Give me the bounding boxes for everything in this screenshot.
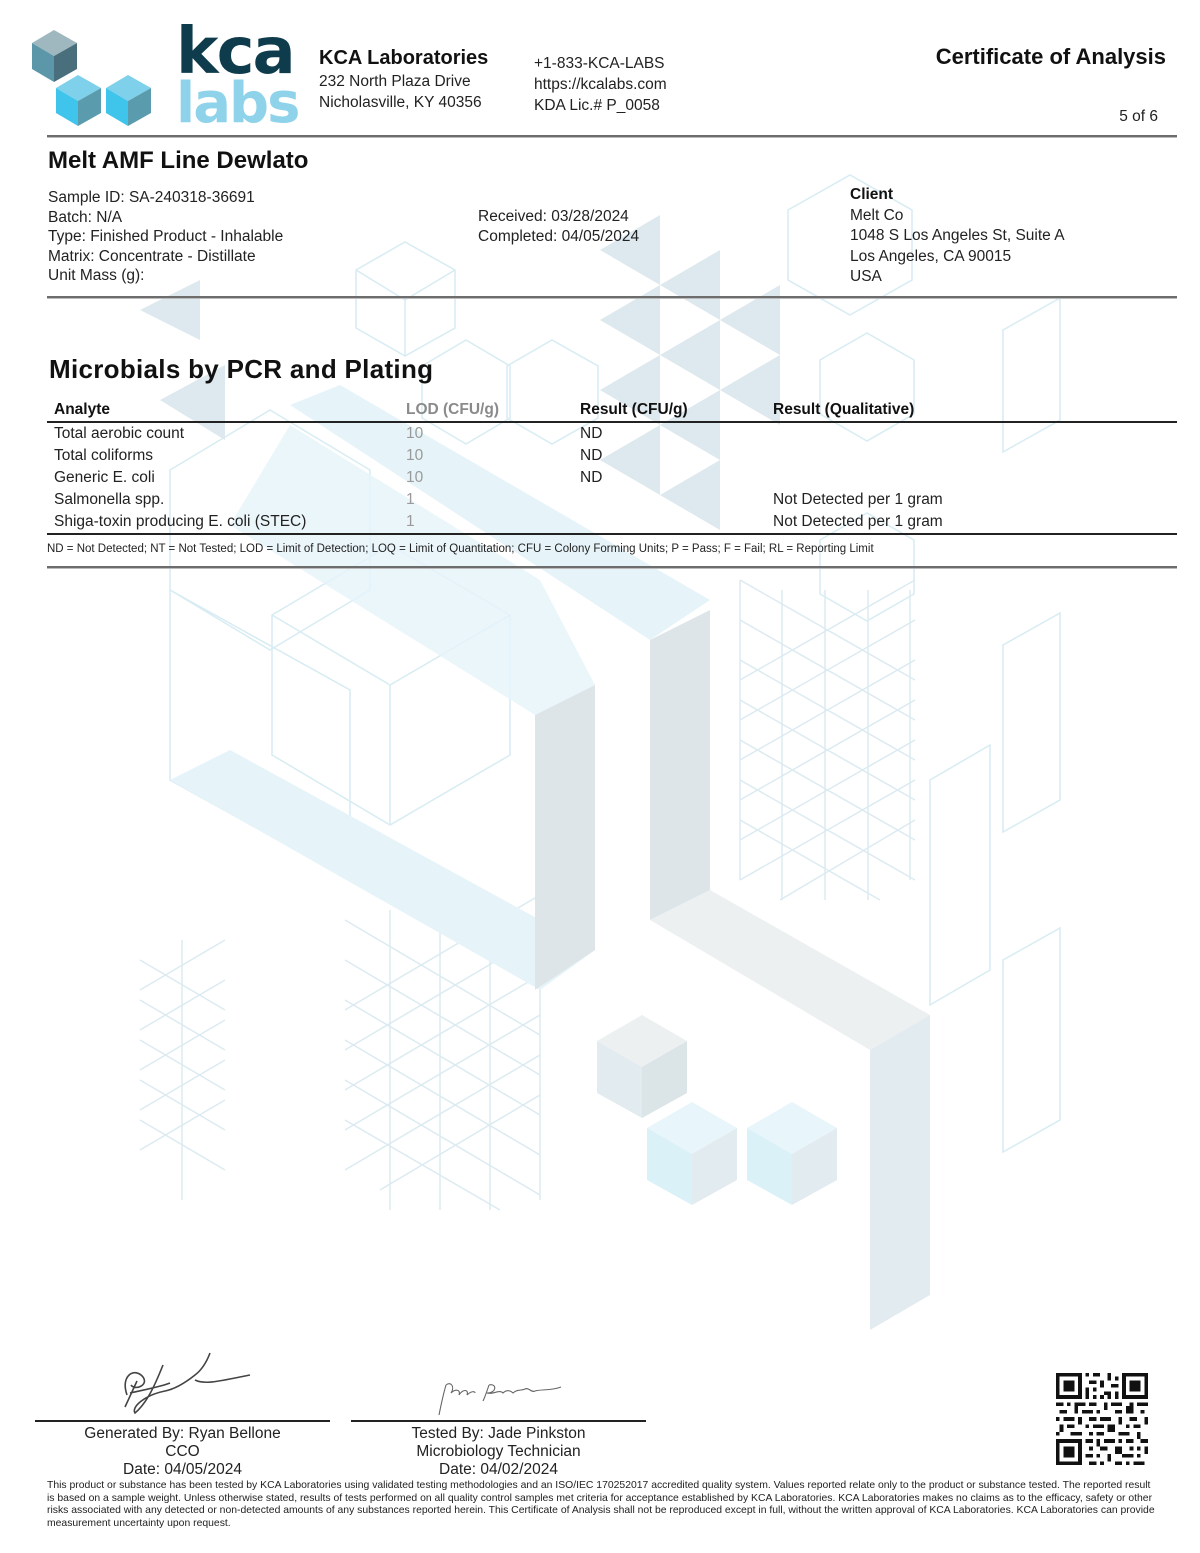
header-divider (47, 135, 1177, 137)
result-cell: ND (580, 445, 773, 467)
sample-id: Sample ID: SA-240318-36691 (48, 188, 283, 208)
qr-code-icon[interactable] (1056, 1373, 1148, 1465)
client-address-line1: 1048 S Los Angeles St, Suite A (850, 226, 1065, 247)
table-row: Salmonella spp. 1 Not Detected per 1 gra… (47, 489, 1177, 511)
product-title: Melt AMF Line Dewlato (48, 147, 308, 175)
unit-mass: Unit Mass (g): (48, 266, 283, 286)
handwritten-signature-icon (35, 1345, 330, 1420)
analyte-cell: Total coliforms (47, 445, 406, 467)
signature-line (351, 1420, 646, 1422)
result-cell: ND (580, 422, 773, 445)
lab-name: KCA Laboratories (319, 48, 488, 69)
result-cell (580, 489, 773, 511)
analyte-cell: Generic E. coli (47, 467, 406, 489)
generated-date: Date: 04/05/2024 (35, 1461, 330, 1479)
sample-dates: Received: 03/28/2024 Completed: 04/05/20… (478, 207, 639, 246)
page-number: 5 of 6 (1119, 108, 1158, 126)
qualitative-cell (773, 422, 1177, 445)
signature-image (351, 1345, 646, 1420)
column-header-result: Result (CFU/g) (580, 400, 773, 422)
tested-date: Date: 04/02/2024 (351, 1461, 646, 1479)
qualitative-cell (773, 445, 1177, 467)
signature-image (35, 1345, 330, 1420)
column-header-lod: LOD (CFU/g) (406, 400, 580, 422)
signature-block-tested: Tested By: Jade Pinkston Microbiology Te… (351, 1345, 646, 1479)
lab-contact: +1-833-KCA-LABS https://kcalabs.com KDA … (534, 53, 667, 116)
table-row: Total aerobic count 10 ND (47, 422, 1177, 445)
client-heading: Client (850, 185, 1065, 206)
abbreviation-legend: ND = Not Detected; NT = Not Tested; LOD … (47, 543, 874, 555)
section-title: Microbials by PCR and Plating (49, 354, 433, 385)
table-header-row: Analyte LOD (CFU/g) Result (CFU/g) Resul… (47, 400, 1177, 422)
signature-block-generated: Generated By: Ryan Bellone CCO Date: 04/… (35, 1345, 330, 1479)
handwritten-signature-icon (351, 1345, 646, 1420)
generated-by: Generated By: Ryan Bellone (35, 1425, 330, 1443)
signature-line (35, 1420, 330, 1422)
qualitative-cell (773, 467, 1177, 489)
microbials-results-table: Analyte LOD (CFU/g) Result (CFU/g) Resul… (47, 400, 1177, 535)
document-title: Certificate of Analysis (936, 44, 1166, 70)
table-row: Generic E. coli 10 ND (47, 467, 1177, 489)
lab-address-line2: Nicholasville, KY 40356 (319, 92, 488, 113)
received-date: Received: 03/28/2024 (478, 207, 639, 227)
logo-wordmark-labs: labs (176, 76, 298, 132)
batch: Batch: N/A (48, 208, 283, 228)
sample-matrix: Matrix: Concentrate - Distillate (48, 247, 283, 267)
client-address-line2: Los Angeles, CA 90015 (850, 247, 1065, 268)
client-name: Melt Co (850, 206, 1065, 227)
generated-by-title: CCO (35, 1443, 330, 1461)
client-info: Client Melt Co 1048 S Los Angeles St, Su… (850, 185, 1065, 288)
result-cell (580, 511, 773, 534)
table-row: Total coliforms 10 ND (47, 445, 1177, 467)
tested-by-title: Microbiology Technician (351, 1443, 646, 1461)
lab-address-line1: 232 North Plaza Drive (319, 71, 488, 92)
section-divider (47, 566, 1177, 568)
lod-cell: 1 (406, 489, 580, 511)
result-cell: ND (580, 467, 773, 489)
qualitative-cell: Not Detected per 1 gram (773, 511, 1177, 534)
table-row: Shiga-toxin producing E. coli (STEC) 1 N… (47, 511, 1177, 534)
completed-date: Completed: 04/05/2024 (478, 227, 639, 247)
lab-info: KCA Laboratories 232 North Plaza Drive N… (319, 48, 488, 113)
analyte-cell: Shiga-toxin producing E. coli (STEC) (47, 511, 406, 534)
lab-website-link[interactable]: https://kcalabs.com (534, 74, 667, 95)
lab-license: KDA Lic.# P_0058 (534, 95, 667, 116)
column-header-analyte: Analyte (47, 400, 406, 422)
info-divider (47, 296, 1177, 298)
lab-phone: +1-833-KCA-LABS (534, 53, 667, 74)
legal-disclaimer: This product or substance has been teste… (47, 1480, 1157, 1530)
lod-cell: 1 (406, 511, 580, 534)
lod-cell: 10 (406, 467, 580, 489)
analyte-cell: Total aerobic count (47, 422, 406, 445)
column-header-qualitative: Result (Qualitative) (773, 400, 1177, 422)
tested-by: Tested By: Jade Pinkston (351, 1425, 646, 1443)
lod-cell: 10 (406, 445, 580, 467)
sample-type: Type: Finished Product - Inhalable (48, 227, 283, 247)
lod-cell: 10 (406, 422, 580, 445)
kca-labs-logo: kca labs (30, 26, 290, 131)
client-country: USA (850, 267, 1065, 288)
cubes-logo-icon (30, 26, 160, 131)
analyte-cell: Salmonella spp. (47, 489, 406, 511)
qualitative-cell: Not Detected per 1 gram (773, 489, 1177, 511)
sample-info: Sample ID: SA-240318-36691 Batch: N/A Ty… (48, 188, 283, 286)
